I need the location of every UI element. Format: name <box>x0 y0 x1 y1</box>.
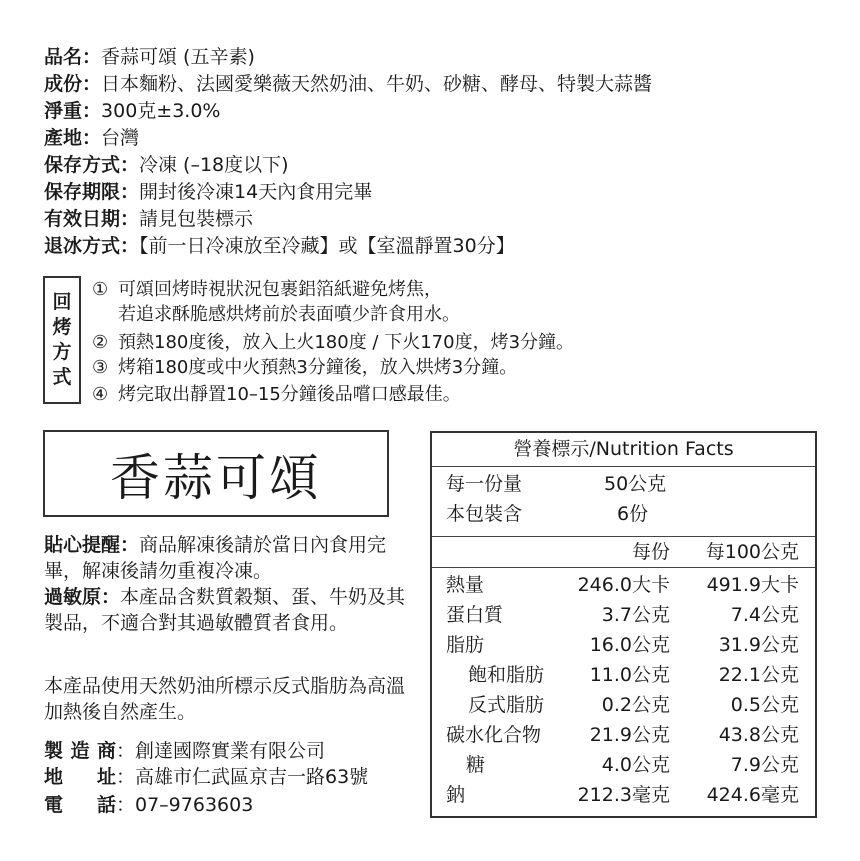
baking-label-box: 回 烤 方 式 <box>43 276 81 404</box>
servings-value: 6份 <box>617 501 648 528</box>
nutrition-title: 營養標示/Nutrition Facts <box>432 433 815 466</box>
col-per-serving: 每份 <box>632 537 670 567</box>
trans-fat-note: 本產品使用天然奶油所標示反式脂肪為高溫加熱後自然產生。 <box>44 673 414 725</box>
baking-label-char: 回 <box>52 290 71 315</box>
nutrient-row-saturated-fat: 飽和脂肪 11.0公克 22.1公克 <box>432 660 815 690</box>
serving-size-value: 50公克 <box>604 471 666 498</box>
info-name: 品名：香蒜可頌 (五辛素) <box>44 45 255 69</box>
info-expiry: 有效日期：請見包裝標示 <box>44 207 253 231</box>
manufacturer-name: 製造商：創達國際實業有限公司 <box>44 738 325 764</box>
baking-step: ③烤箱180度或中火預熱3分鐘後，放入烘烤3分鐘。 <box>92 356 517 380</box>
baking-step: 若追求酥脆感烘烤前於表面噴少許食用水。 <box>92 303 460 327</box>
info-shelf-life: 保存期限：開封後冷凍14天內食用完畢 <box>44 180 372 204</box>
nutrient-row-protein: 蛋白質 3.7公克 7.4公克 <box>432 600 815 630</box>
divider <box>432 567 815 568</box>
info-thawing: 退冰方式：【前一日冷凍放至冷藏】或【室溫靜置30分】 <box>44 234 515 258</box>
column-header-row: 每份 每100公克 <box>432 537 815 567</box>
product-title-box: 香蒜可頌 <box>43 430 389 517</box>
nutrient-row-sugar: 糖 4.0公克 7.9公克 <box>432 750 815 780</box>
serving-size-label: 每一份量 <box>446 471 522 498</box>
baking-label-char: 烤 <box>52 315 71 340</box>
baking-step: ②預熱180度後，放入上火180度 / 下火170度，烤3分鐘。 <box>92 331 574 355</box>
baking-step: ①可頌回烤時視狀況包裹鋁箔紙避免烤焦， <box>92 278 442 302</box>
divider <box>432 466 815 467</box>
manufacturer-phone: 電話：07–9763603 <box>44 792 253 818</box>
baking-label-char: 式 <box>52 365 71 390</box>
baking-step: ④烤完取出靜置10–15分鐘後品嚐口感最佳。 <box>92 383 461 407</box>
nutrient-row-sodium: 鈉 212.3毫克 424.6毫克 <box>432 780 815 810</box>
col-per-100g: 每100公克 <box>706 537 799 567</box>
reminder-label: 貼心提醒： <box>44 534 139 556</box>
nutrition-facts-table: 營養標示/Nutrition Facts 每一份量 50公克 本包裝含 6份 每… <box>430 431 817 818</box>
info-storage: 保存方式：冷凍 (–18度以下) <box>44 153 289 177</box>
nutrient-row-trans-fat: 反式脂肪 0.2公克 0.5公克 <box>432 690 815 720</box>
reminder-note: 貼心提醒：商品解凍後請於當日內食用完畢，解凍後請勿重複冷凍。 <box>44 532 414 584</box>
nutrient-row-calories: 熱量 246.0大卡 491.9大卡 <box>432 570 815 600</box>
allergen-label: 過敏原： <box>44 586 120 608</box>
info-ingredients: 成份：日本麵粉、法國愛樂薇天然奶油、牛奶、砂糖、酵母、特製大蒜醬 <box>44 72 652 96</box>
nutrient-row-carbohydrate: 碳水化合物 21.9公克 43.8公克 <box>432 720 815 750</box>
servings-label: 本包裝含 <box>446 501 522 528</box>
product-title: 香蒜可頌 <box>110 438 322 510</box>
info-origin: 產地：台灣 <box>44 126 139 150</box>
nutrient-row-fat: 脂肪 16.0公克 31.9公克 <box>432 630 815 660</box>
baking-label-char: 方 <box>52 340 71 365</box>
manufacturer-address: 地址：高雄市仁武區京吉一路63號 <box>44 764 368 790</box>
info-net-weight: 淨重：300克±3.0% <box>44 99 220 123</box>
allergen-note: 過敏原：本產品含麩質穀類、蛋、牛奶及其製品，不適合對其過敏體質者食用。 <box>44 584 414 636</box>
